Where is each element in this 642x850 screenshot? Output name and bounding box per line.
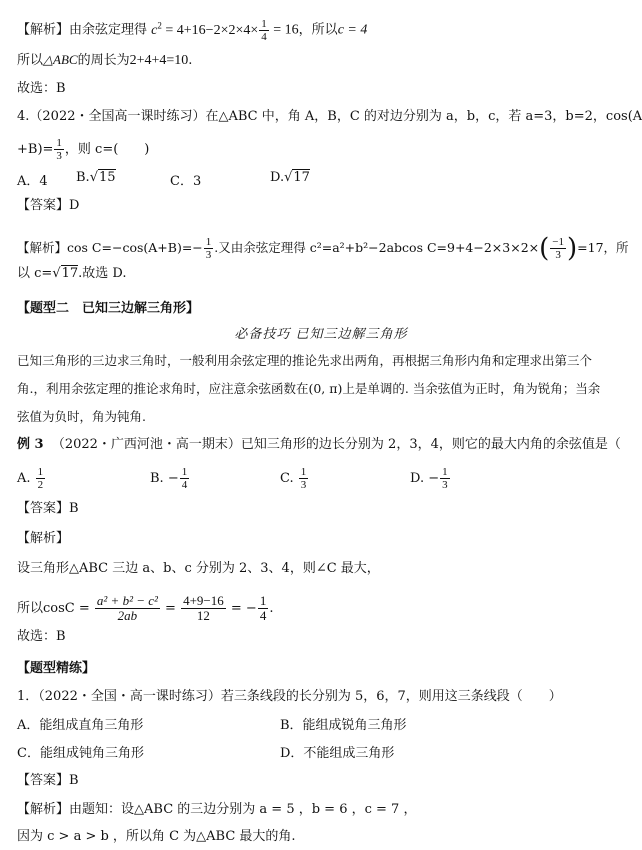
ex3-answer: 【答案】B bbox=[17, 500, 79, 518]
example3-stem: 例 3 （2022・广西河池・高一期末）已知三角形的边长分别为 2，3，4，则它… bbox=[17, 436, 642, 454]
prev-jiexi-line: 【解析】由余弦定理得 c2 = 4+16−2×2×4×14 = 16，所以c =… bbox=[17, 16, 367, 43]
practice-jiexi-line1: 【解析】由题知：设△ABC 的三边分别为 a = 5 ，b = 6 ，c = 7… bbox=[17, 801, 416, 819]
type2-heading: 【题型二 已知三边解三角形】 bbox=[17, 300, 199, 318]
practice-option-b: B．能组成锐角三角形 bbox=[280, 714, 407, 733]
q4-option-d: D.√17 bbox=[270, 170, 310, 185]
practice-option-a: A．能组成直角三角形 bbox=[17, 714, 143, 733]
practice-option-c: C．能组成钝角三角形 bbox=[17, 742, 144, 761]
jiexi-label: 【解析】 bbox=[17, 23, 69, 38]
example-label: 例 3 bbox=[17, 437, 44, 452]
q4-option-b: B.√15 bbox=[76, 170, 116, 185]
ex3-jiexi-line1: 设三角形△ABC 三边 a、b、c 分别为 2、3、4，则∠C 最大， bbox=[17, 560, 380, 578]
fraction: 14 bbox=[259, 18, 269, 43]
tip-line3: 弦值为负时，角为钝角. bbox=[17, 408, 146, 426]
tip-line2: 角.，利用余弦定理的推论求角时，应注意余弦函数在(0, π)上是单调的. 当余弦… bbox=[17, 380, 600, 398]
practice-q1-stem: 1．（2022・全国・高一课时练习）若三条线段的长分别为 5，6，7，则用这三条… bbox=[17, 688, 562, 706]
q4-stem-line1: 4.（2022・全国高一课时练习）在△ABC 中，角 A，B，C 的对边分别为 … bbox=[17, 108, 642, 126]
q4-stem-line2: +B)=13，则 c=( ) bbox=[17, 137, 149, 162]
ex3-option-b: B. −14 bbox=[150, 466, 190, 491]
practice-jiexi-line2: 因为 c > a > b ，所以角 C 为△ABC 最大的角. bbox=[17, 828, 296, 846]
practice-option-d: D．不能组成三角形 bbox=[280, 742, 394, 761]
perimeter-line: 所以△ABC的周长为2+4+4=10. bbox=[17, 51, 192, 70]
tip-line1: 已知三角形的三边求三角时，一般利用余弦定理的推论先求出两角，再根据三角形内角和定… bbox=[17, 352, 592, 370]
ex3-option-c: C. 13 bbox=[280, 466, 309, 491]
ex3-option-a: A. 12 bbox=[17, 466, 46, 491]
q4-option-a: A．4 bbox=[17, 170, 48, 189]
q4-jiexi-line2: 以 c=√17.故选 D. bbox=[17, 265, 127, 283]
ex3-jiexi-label: 【解析】 bbox=[17, 530, 69, 548]
q4-answer: 【答案】D bbox=[17, 197, 79, 215]
prev-choice: 故选：B bbox=[17, 80, 66, 98]
ex3-option-d: D. −13 bbox=[410, 466, 451, 491]
tip-title: 必备技巧 已知三边解三角形 bbox=[0, 326, 642, 344]
practice-answer: 【答案】B bbox=[17, 772, 79, 790]
practice-heading: 【题型精练】 bbox=[17, 660, 95, 678]
ex3-choice: 故选：B bbox=[17, 628, 66, 646]
fraction: 13 bbox=[54, 137, 64, 162]
q4-option-c: C．3 bbox=[170, 170, 201, 189]
ex3-jiexi-line2: 所以cosC = a² + b² − c²2ab = 4+9−1612 = −1… bbox=[17, 594, 273, 623]
q4-jiexi-line1: 【解析】cos C=−cos(A+B)=−13.又由余弦定理得 c²=a²+b²… bbox=[17, 236, 629, 261]
